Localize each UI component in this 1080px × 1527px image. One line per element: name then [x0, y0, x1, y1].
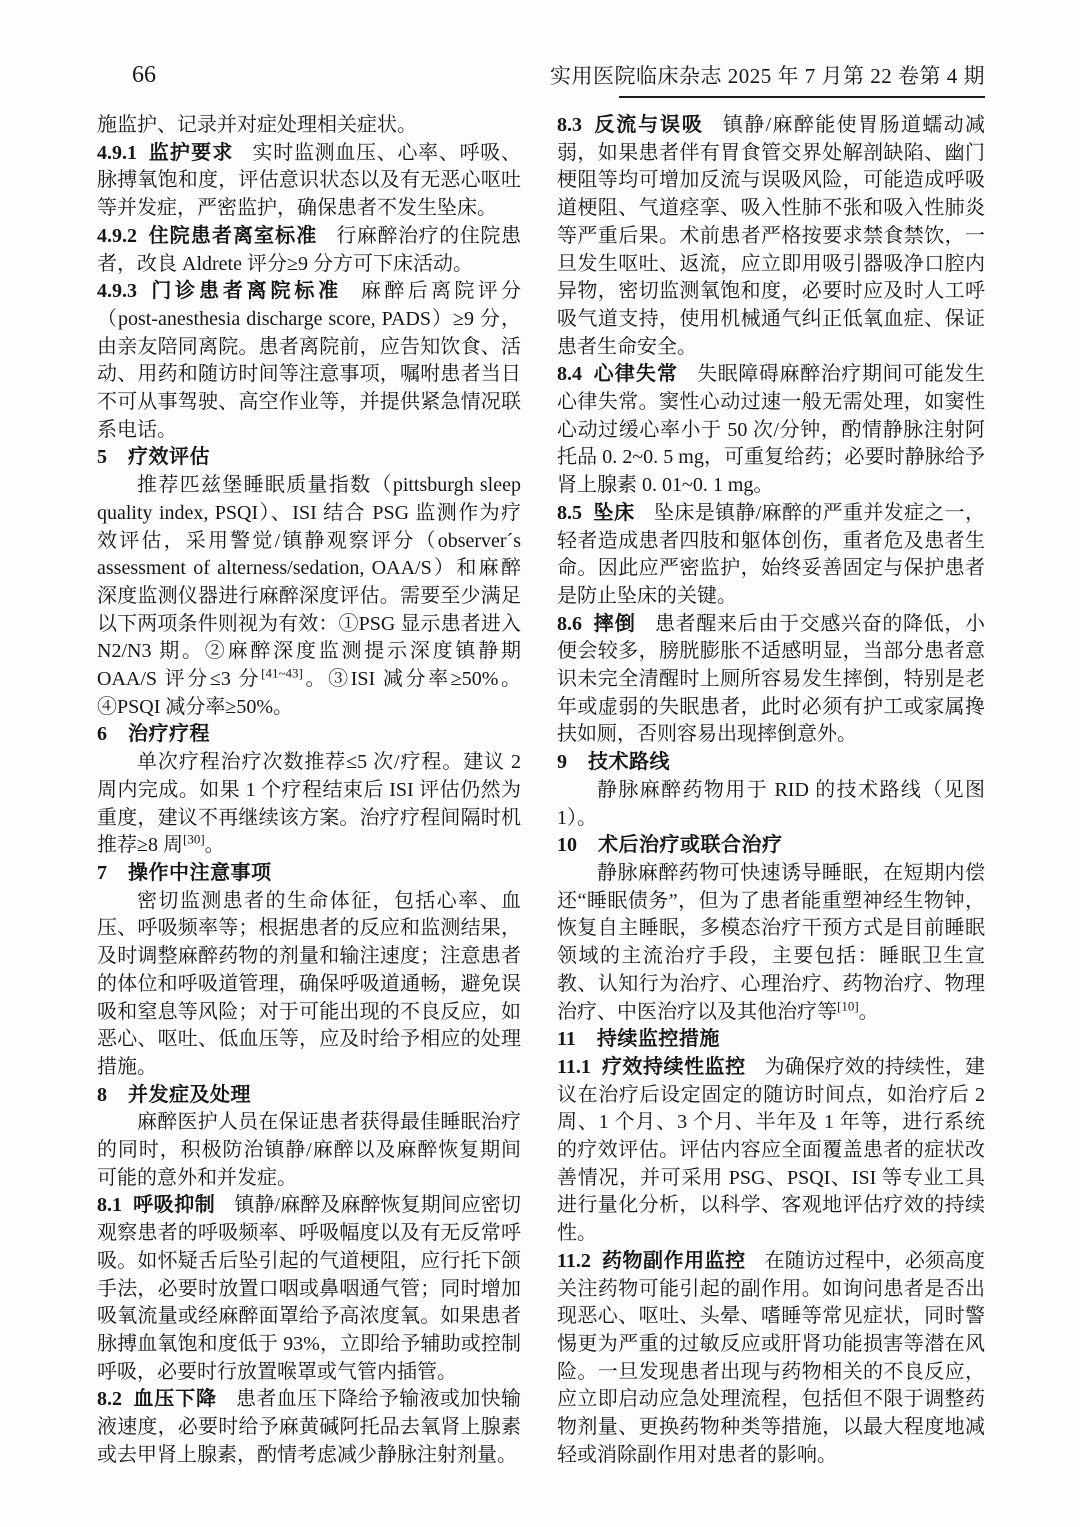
section-10-body: 静脉麻醉药物可快速诱导睡眠，在短期内偿还“睡眠债务”，但为了患者能重塑神经生物钟…	[557, 860, 985, 1026]
article-body: 施监护、记录并对症处理相关症状。 4.9.1监护要求实时监测血压、心率、呼吸、脉…	[97, 112, 985, 1469]
section-number: 10	[557, 834, 577, 856]
subsection-4-9-3: 4.9.3门诊患者离院标准麻醉后离院评分（post-anesthesia dis…	[97, 278, 521, 444]
section-9-body: 静脉麻醉药物用于 RID 的技术路线（见图 1）。	[557, 777, 985, 832]
subsection-8-1: 8.1呼吸抑制镇静/麻醉及麻醉恢复期间应密切观察患者的呼吸频率、呼吸幅度以及有无…	[97, 1192, 521, 1386]
subsection-text: 为确保疗效的持续性，建议在治疗后设定固定的随访时间点，如治疗后 2 周、1 个月…	[557, 1056, 985, 1244]
subsection-text: 麻醉后离院评分（post-anesthesia discharge score,…	[97, 280, 521, 441]
subsection-4-9-1: 4.9.1监护要求实时监测血压、心率、呼吸、脉搏氧饱和度，评估意识状态以及有无恶…	[97, 140, 521, 223]
subsection-text: 镇静/麻醉能使胃肠道蠕动减弱，如果患者伴有胃食管交界处解剖缺陷、幽门梗阻等均可增…	[557, 114, 985, 358]
section-title: 并发症及处理	[128, 1084, 251, 1106]
section-title: 疗效评估	[128, 446, 210, 468]
subsection-number: 8.4	[557, 363, 582, 385]
subsection-number: 4.9.1	[97, 142, 137, 164]
subsection-number: 8.5	[557, 502, 582, 524]
citation-ref: [41~43]	[261, 665, 303, 680]
journal-page: 66 实用医院临床杂志 2025 年 7 月第 22 卷第 4 期 施监护、记录…	[0, 0, 1080, 1527]
paragraph-text: 。	[859, 1001, 879, 1023]
subsection-title: 坠床	[593, 502, 635, 524]
section-heading-11: 11持续监控措施	[557, 1026, 985, 1054]
subsection-title: 摔倒	[593, 613, 636, 635]
subsection-title: 疗效持续性监控	[602, 1056, 746, 1078]
subsection-number: 8.6	[557, 613, 582, 635]
section-6-body: 单次疗程治疗次数推荐≤5 次/疗程。建议 2 周内完成。如果 1 个疗程结束后 …	[97, 749, 521, 860]
subsection-number: 11.1	[557, 1056, 591, 1078]
right-column: 8.3反流与误吸镇静/麻醉能使胃肠道蠕动减弱，如果患者伴有胃食管交界处解剖缺陷、…	[557, 112, 985, 1469]
section-heading-5: 5疗效评估	[97, 444, 521, 472]
section-number: 9	[557, 751, 567, 773]
paragraph-text: 单次疗程治疗次数推荐≤5 次/疗程。建议 2 周内完成。如果 1 个疗程结束后 …	[97, 751, 521, 856]
section-title: 术后治疗或联合治疗	[598, 834, 783, 856]
subsection-8-4: 8.4心律失常失眠障碍麻醉治疗期间可能发生心律失常。窦性心动过速一般无需处理，如…	[557, 361, 985, 500]
section-8-body: 麻醉医护人员在保证患者获得最佳睡眠治疗的同时，积极防治镇静/麻醉以及麻醉恢复期间…	[97, 1109, 521, 1192]
subsection-8-6: 8.6摔倒患者醒来后由于交感兴奋的降低，小便会较多，膀胱膨胀不适感明显，当部分患…	[557, 611, 985, 750]
subsection-title: 监护要求	[148, 142, 234, 164]
subsection-title: 血压下降	[133, 1388, 217, 1410]
citation-ref: [10]	[837, 998, 859, 1013]
subsection-11-2: 11.2药物副作用监控在随访过程中，必须高度关注药物可能引起的副作用。如询问患者…	[557, 1248, 985, 1470]
subsection-number: 11.2	[557, 1250, 591, 1272]
section-title: 技术路线	[588, 751, 670, 773]
subsection-number: 8.2	[97, 1388, 122, 1410]
subsection-title: 门诊患者离院标准	[148, 280, 342, 302]
section-title: 治疗疗程	[128, 723, 210, 745]
subsection-title: 心律失常	[593, 363, 678, 385]
page-number: 66	[132, 60, 156, 90]
journal-title-header: 实用医院临床杂志 2025 年 7 月第 22 卷第 4 期	[550, 63, 985, 89]
subsection-8-5: 8.5坠床坠床是镇静/麻醉的严重并发症之一，轻者造成患者四肢和躯体创伤，重者危及…	[557, 500, 985, 611]
section-number: 8	[97, 1084, 107, 1106]
section-number: 5	[97, 446, 107, 468]
subsection-number: 4.9.3	[97, 280, 137, 302]
section-title: 操作中注意事项	[128, 862, 272, 884]
section-heading-8: 8并发症及处理	[97, 1082, 521, 1110]
section-5-body: 推荐匹兹堡睡眠质量指数（pittsburgh sleep quality ind…	[97, 472, 521, 721]
section-number: 6	[97, 723, 107, 745]
paragraph-text: 静脉麻醉药物可快速诱导睡眠，在短期内偿还“睡眠债务”，但为了患者能重塑神经生物钟…	[557, 862, 985, 1023]
paragraph-text: 推荐匹兹堡睡眠质量指数（pittsburgh sleep quality ind…	[97, 474, 521, 690]
subsection-4-9-2: 4.9.2住院患者离室标准行麻醉治疗的住院患者，改良 Aldrete 评分≥9 …	[97, 223, 521, 278]
paragraph-text: 。	[205, 834, 225, 856]
subsection-title: 住院患者离室标准	[148, 225, 317, 247]
section-heading-10: 10术后治疗或联合治疗	[557, 832, 985, 860]
subsection-number: 8.3	[557, 114, 582, 136]
subsection-8-3: 8.3反流与误吸镇静/麻醉能使胃肠道蠕动减弱，如果患者伴有胃食管交界处解剖缺陷、…	[557, 112, 985, 361]
section-7-body: 密切监测患者的生命体征，包括心率、血压、呼吸频率等；根据患者的反应和监测结果，及…	[97, 888, 521, 1082]
subsection-8-2: 8.2血压下降患者血压下降给予输液或加快输液速度，必要时给予麻黄碱阿托品去氧肾上…	[97, 1386, 521, 1469]
subsection-title: 药物副作用监控	[602, 1250, 746, 1272]
subsection-11-1: 11.1疗效持续性监控为确保疗效的持续性，建议在治疗后设定固定的随访时间点，如治…	[557, 1054, 985, 1248]
subsection-text: 在随访过程中，必须高度关注药物可能引起的副作用。如询问患者是否出现恶心、呕吐、头…	[557, 1250, 985, 1466]
subsection-number: 4.9.2	[97, 225, 137, 247]
section-number: 11	[557, 1028, 576, 1050]
subsection-title: 呼吸抑制	[133, 1194, 215, 1216]
citation-ref: [30]	[183, 832, 205, 847]
subsection-text: 镇静/麻醉及麻醉恢复期间应密切观察患者的呼吸频率、呼吸幅度以及有无反常呼吸。如怀…	[97, 1194, 521, 1382]
continuation-paragraph: 施监护、记录并对症处理相关症状。	[97, 112, 521, 140]
section-number: 7	[97, 862, 107, 884]
section-heading-6: 6治疗疗程	[97, 721, 521, 749]
left-column: 施监护、记录并对症处理相关症状。 4.9.1监护要求实时监测血压、心率、呼吸、脉…	[97, 112, 521, 1469]
header-rule	[619, 96, 985, 98]
section-heading-9: 9技术路线	[557, 749, 985, 777]
subsection-number: 8.1	[97, 1194, 122, 1216]
section-heading-7: 7操作中注意事项	[97, 860, 521, 888]
section-title: 持续监控措施	[597, 1028, 720, 1050]
subsection-title: 反流与误吸	[593, 114, 704, 136]
